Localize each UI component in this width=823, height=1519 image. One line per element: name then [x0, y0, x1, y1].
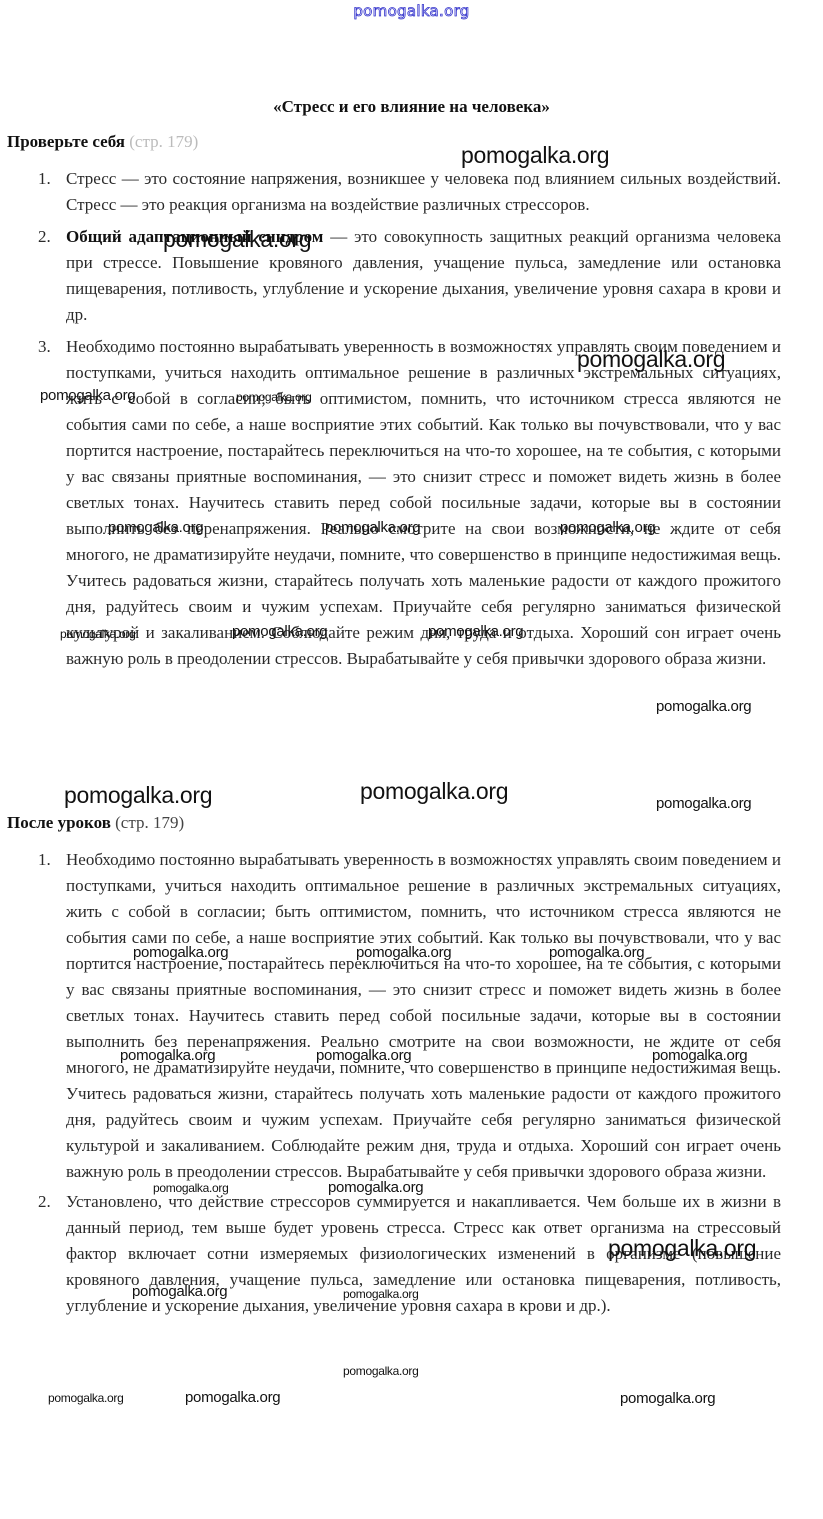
watermark: pomogalka.org	[48, 1391, 123, 1405]
watermark: pomogalka.org	[64, 782, 212, 809]
watermark: pomogalka.org	[560, 519, 655, 536]
watermark: pomogalka.org	[325, 519, 420, 536]
page-reference: (стр. 179)	[129, 132, 198, 151]
section-heading-after-lessons: После уроков (стр. 179)	[7, 813, 184, 833]
section-heading-label: Проверьте себя	[7, 132, 125, 151]
section-heading-check-yourself: Проверьте себя (стр. 179)	[7, 132, 198, 152]
section-heading-label: После уроков	[7, 813, 111, 832]
watermark: pomogalka.org	[577, 346, 725, 373]
watermark: pomogalka.org	[108, 519, 203, 536]
item-number: 3.	[38, 334, 51, 360]
watermark: pomogalka.org	[549, 944, 644, 961]
list-item: 3. Необходимо постоянно вырабатывать уве…	[0, 334, 781, 672]
watermark: pomogalka.org	[652, 1047, 747, 1064]
watermark: pomogalka.org	[461, 142, 609, 169]
watermark: pomogalka.org	[232, 623, 327, 640]
item-text: Необходимо постоянно вырабатывать уверен…	[66, 850, 781, 1181]
item-text: Необходимо постоянно вырабатывать уверен…	[66, 337, 781, 668]
page-title: «Стресс и его влияние на человека»	[0, 97, 823, 117]
list-item: 2. Общий адаптационный синдром — это сов…	[0, 224, 781, 328]
watermark: pomogalka.org	[40, 387, 135, 404]
watermark: pomogalka.org	[60, 627, 135, 641]
watermark: pomogalka.org	[236, 390, 311, 404]
watermark: pomogalka.org	[316, 1047, 411, 1064]
watermark: pomogalka.org	[620, 1390, 715, 1407]
watermark: pomogalka.org	[656, 698, 751, 715]
list-item: 1. Необходимо постоянно вырабатывать уве…	[0, 847, 781, 1185]
check-yourself-list: 1. Стресс — это состояние напряжения, во…	[0, 166, 781, 672]
item-number: 2.	[38, 1189, 51, 1215]
watermark: pomogalka.org	[356, 944, 451, 961]
item-text: Стресс — это состояние напряжения, возни…	[66, 169, 781, 214]
watermark: pomogalka.org	[656, 795, 751, 812]
watermark: pomogalka.org	[360, 778, 508, 805]
item-number: 1.	[38, 166, 51, 192]
site-link[interactable]: pomogalka.org	[0, 2, 823, 20]
watermark: pomogalka.org	[428, 623, 523, 640]
watermark: pomogalka.org	[185, 1389, 280, 1406]
watermark: pomogalka.org	[133, 944, 228, 961]
watermark: pomogalka.org	[328, 1179, 423, 1196]
watermark: pomogalka.org	[132, 1283, 227, 1300]
watermark: pomogalka.org	[608, 1235, 756, 1262]
watermark: pomogalka.org	[153, 1181, 228, 1195]
watermark: pomogalka.org	[120, 1047, 215, 1064]
list-item: 1. Стресс — это состояние напряжения, во…	[0, 166, 781, 218]
watermark: pomogalka.org	[163, 226, 311, 253]
item-number: 2.	[38, 224, 51, 250]
watermark: pomogalka.org	[343, 1287, 418, 1301]
page-reference: (стр. 179)	[115, 813, 184, 832]
item-number: 1.	[38, 847, 51, 873]
watermark: pomogalka.org	[343, 1364, 418, 1378]
